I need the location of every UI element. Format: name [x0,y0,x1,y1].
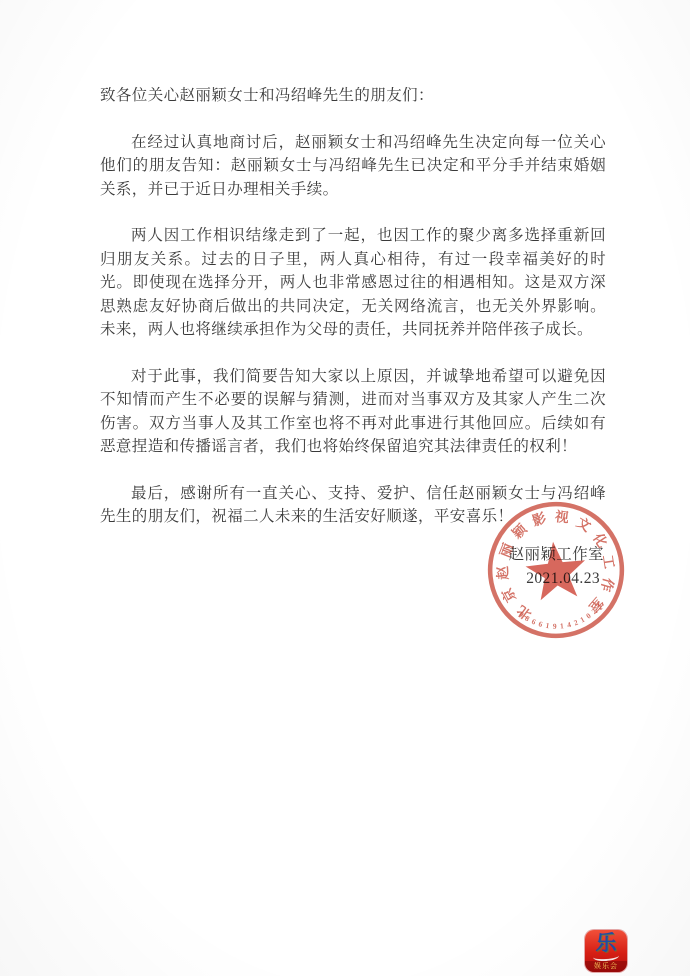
svg-text:0: 0 [584,611,592,621]
letter-paragraph-2: 两人因工作相识结缘走到了一起，也因工作的聚少离多选择重新回归朋友关系。过去的日子… [100,224,606,342]
svg-text:2: 2 [590,607,599,616]
watermark-logo: 乐 娱乐会 [585,930,627,972]
signature-date: 2021.04.23 [100,567,606,591]
svg-text:4: 4 [566,620,572,630]
svg-text:室: 室 [586,595,607,616]
svg-text:3: 3 [594,602,603,611]
svg-text:北: 北 [514,602,534,622]
svg-text:6: 6 [530,617,537,627]
svg-text:6: 6 [537,619,543,629]
letter-paragraph-1: 在经过认真地商讨后，赵丽颖女士和冯绍峰先生决定向每一位关心他们的朋友告知：赵丽颖… [100,131,606,202]
letter-body: 致各位关心赵丽颖女士和冯绍峰先生的朋友们： 在经过认真地商讨后，赵丽颖女士和冯绍… [100,84,606,591]
svg-text:1: 1 [545,621,550,630]
svg-text:1: 1 [560,621,565,630]
signature-block: 赵丽颖工作室 2021.04.23 [100,543,606,591]
svg-text:8: 8 [523,614,531,624]
svg-text:0: 0 [517,610,526,620]
watermark-caption: 娱乐会 [585,961,627,972]
svg-text:1: 1 [579,615,587,625]
svg-text:2: 2 [572,618,579,628]
letter-salutation: 致各位关心赵丽颖女士和冯绍峰先生的朋友们： [100,84,606,108]
letter-paragraph-3: 对于此事，我们简要告知大家以上原因，并诚挚地希望可以避免因不知情而产生不必要的误… [100,365,606,459]
signature-name: 赵丽颖工作室 [100,543,606,567]
scanned-letter-page: 致各位关心赵丽颖女士和冯绍峰先生的朋友们： 在经过认真地商讨后，赵丽颖女士和冯绍… [0,0,690,976]
seal-serial-number: 3201241916680 [516,601,605,635]
letter-paragraph-4: 最后，感谢所有一直关心、支持、爱护、信任赵丽颖女士与冯绍峰先生的朋友们，祝福二人… [100,482,606,529]
svg-text:9: 9 [553,622,557,631]
